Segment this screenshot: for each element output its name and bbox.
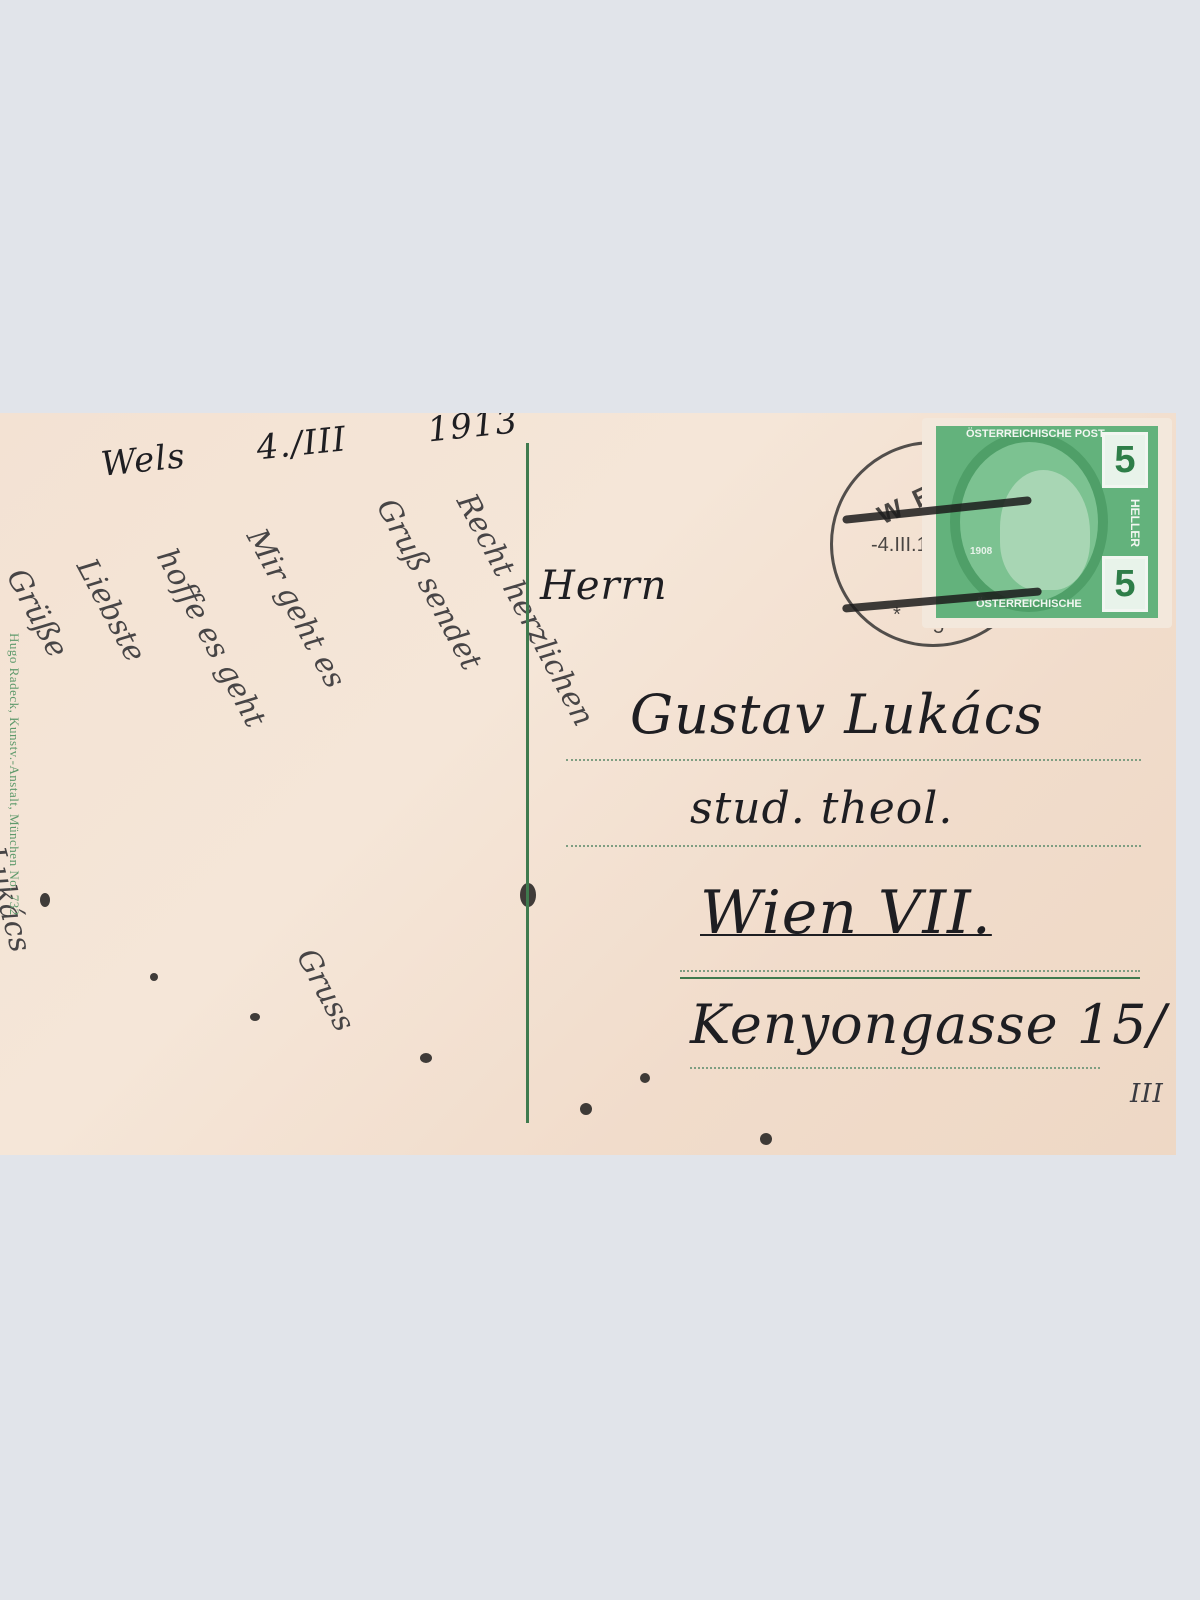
ink-blot (580, 1103, 592, 1115)
publisher-imprint: Hugo Radeck, Kunstv.-Anstalt, München No… (6, 633, 22, 916)
recipient-floor: III (1130, 1079, 1164, 1109)
ink-blot (40, 893, 50, 907)
ink-blot (420, 1053, 432, 1063)
ink-blot (150, 973, 158, 981)
message-line: Liebste (69, 553, 152, 668)
portrait-icon (1000, 470, 1090, 590)
message-line: Mir geht es (239, 523, 352, 694)
address-line-2 (566, 845, 1141, 847)
place-date: Wels 4./III 1913 (99, 413, 520, 485)
recipient-city: Wien VII. (700, 878, 992, 948)
ink-blot (640, 1073, 650, 1083)
address-line-1 (566, 759, 1141, 761)
address-line-3-rule (680, 977, 1140, 979)
stamp-year: 1908 (970, 546, 992, 557)
stamp-portrait-frame (950, 432, 1108, 612)
stamp-value-bottom: 5 (1102, 556, 1148, 612)
stamp-face: ÖSTERREICHISCHE POST ÖSTERREICHISCHE 190… (936, 426, 1158, 618)
divider-line (526, 443, 529, 1123)
message-line: Gruss (289, 943, 361, 1038)
recipient-street: Kenyongasse 15/ (690, 993, 1167, 1056)
date: 4./III (255, 419, 349, 468)
stamp-text-bottom: ÖSTERREICHISCHE (976, 598, 1082, 610)
address-line-3 (680, 970, 1140, 972)
salutation: Herrn (540, 563, 668, 609)
address-line-4 (690, 1067, 1100, 1069)
place: Wels (99, 436, 187, 485)
stamp-value-top: 5 (1102, 432, 1148, 488)
postage-stamp: ÖSTERREICHISCHE POST ÖSTERREICHISCHE 190… (922, 418, 1172, 628)
stamp-text-top: ÖSTERREICHISCHE POST (966, 428, 1105, 440)
year: 1913 (426, 413, 520, 450)
ink-blot (250, 1013, 260, 1021)
recipient-name: Gustav Lukács (630, 683, 1044, 746)
ink-blot (760, 1133, 772, 1145)
postcard: Wels 4./III 1913 Recht herzlichen Gruß s… (0, 413, 1176, 1155)
recipient-title: stud. theol. (690, 783, 953, 834)
stamp-unit: HELLER (1114, 494, 1142, 552)
message-line: hoffe es geht (149, 543, 272, 733)
